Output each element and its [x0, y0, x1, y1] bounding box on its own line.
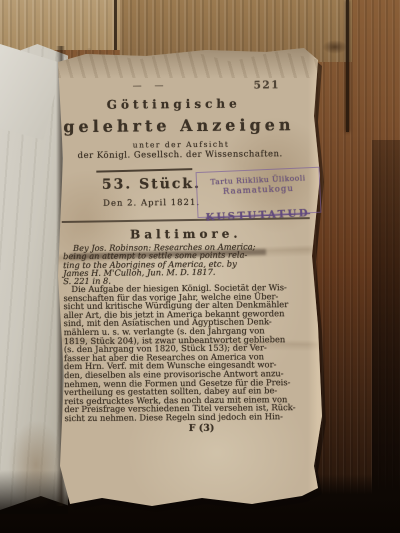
masthead-title-line1: Göttingische — [79, 96, 269, 112]
masthead-subtitle-line2: der Königl. Gesellsch. der Wissenschafte… — [65, 149, 295, 161]
masthead-title-line2: gelehrte Anzeigen — [61, 115, 297, 136]
masthead-subtitle-line1: unter der Aufsicht — [91, 139, 271, 150]
issue-date: Den 2. April 1821. — [92, 198, 212, 209]
printed-content: — — 521 Göttingische gelehrte Anzeigen u… — [0, 0, 400, 533]
article-heading: Baltimore. — [116, 226, 256, 241]
body-line: sicht zu nehmen. Diese Regeln sind jedoc… — [64, 412, 316, 423]
issue-number: 53. Stück. — [91, 176, 211, 193]
page-number: 521 — [254, 79, 281, 91]
signature-mark: F (3) — [142, 422, 262, 434]
divider-rule-short — [96, 168, 192, 173]
header-ornament: — — — [133, 81, 203, 92]
photo-of-old-book-page: — — 521 Göttingische gelehrte Anzeigen u… — [0, 0, 400, 533]
bibliographic-entry: Bey Jos. Robinson: Researches on America… — [63, 242, 313, 286]
article-body: Die Aufgabe der hiesigen Königl. Societä… — [63, 283, 316, 423]
